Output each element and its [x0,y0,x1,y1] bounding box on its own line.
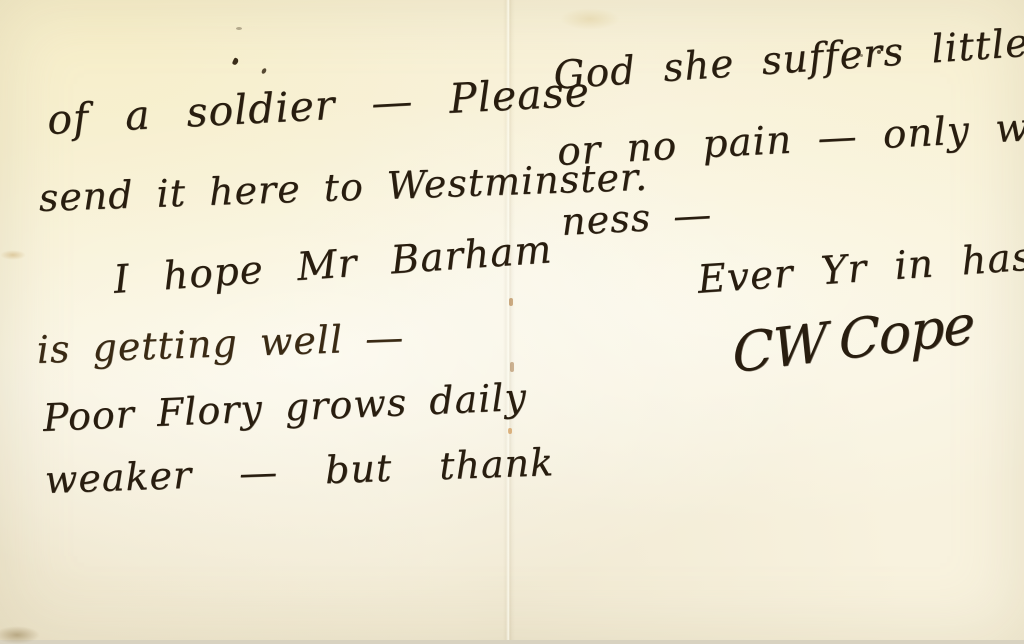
ink-speck [236,27,242,30]
handwritten-line: is getting well — [36,315,405,372]
ink-speck [232,57,239,65]
handwritten-line: Poor Flory grows daily [42,375,528,440]
handwritten-line: I hope Mr Barham [112,227,554,303]
fold-nick [510,362,514,372]
signature: CW Cope [732,292,975,385]
valediction-line: Ever Yr in haste [696,232,1024,303]
letter-scan-paper: of a soldier — Please send it here to We… [0,0,1024,640]
paper-stain [560,8,620,30]
paper-stain [0,250,26,260]
fold-nick [508,428,512,434]
handwritten-line: weaker — but thank [44,440,555,502]
paper-stain [0,626,40,640]
handwritten-line: ness — [560,192,713,244]
handwritten-line: God she suffers little [552,21,1024,99]
handwritten-line: or no pain — only weak [556,101,1024,175]
ink-speck [261,67,267,74]
fold-nick [509,298,513,306]
